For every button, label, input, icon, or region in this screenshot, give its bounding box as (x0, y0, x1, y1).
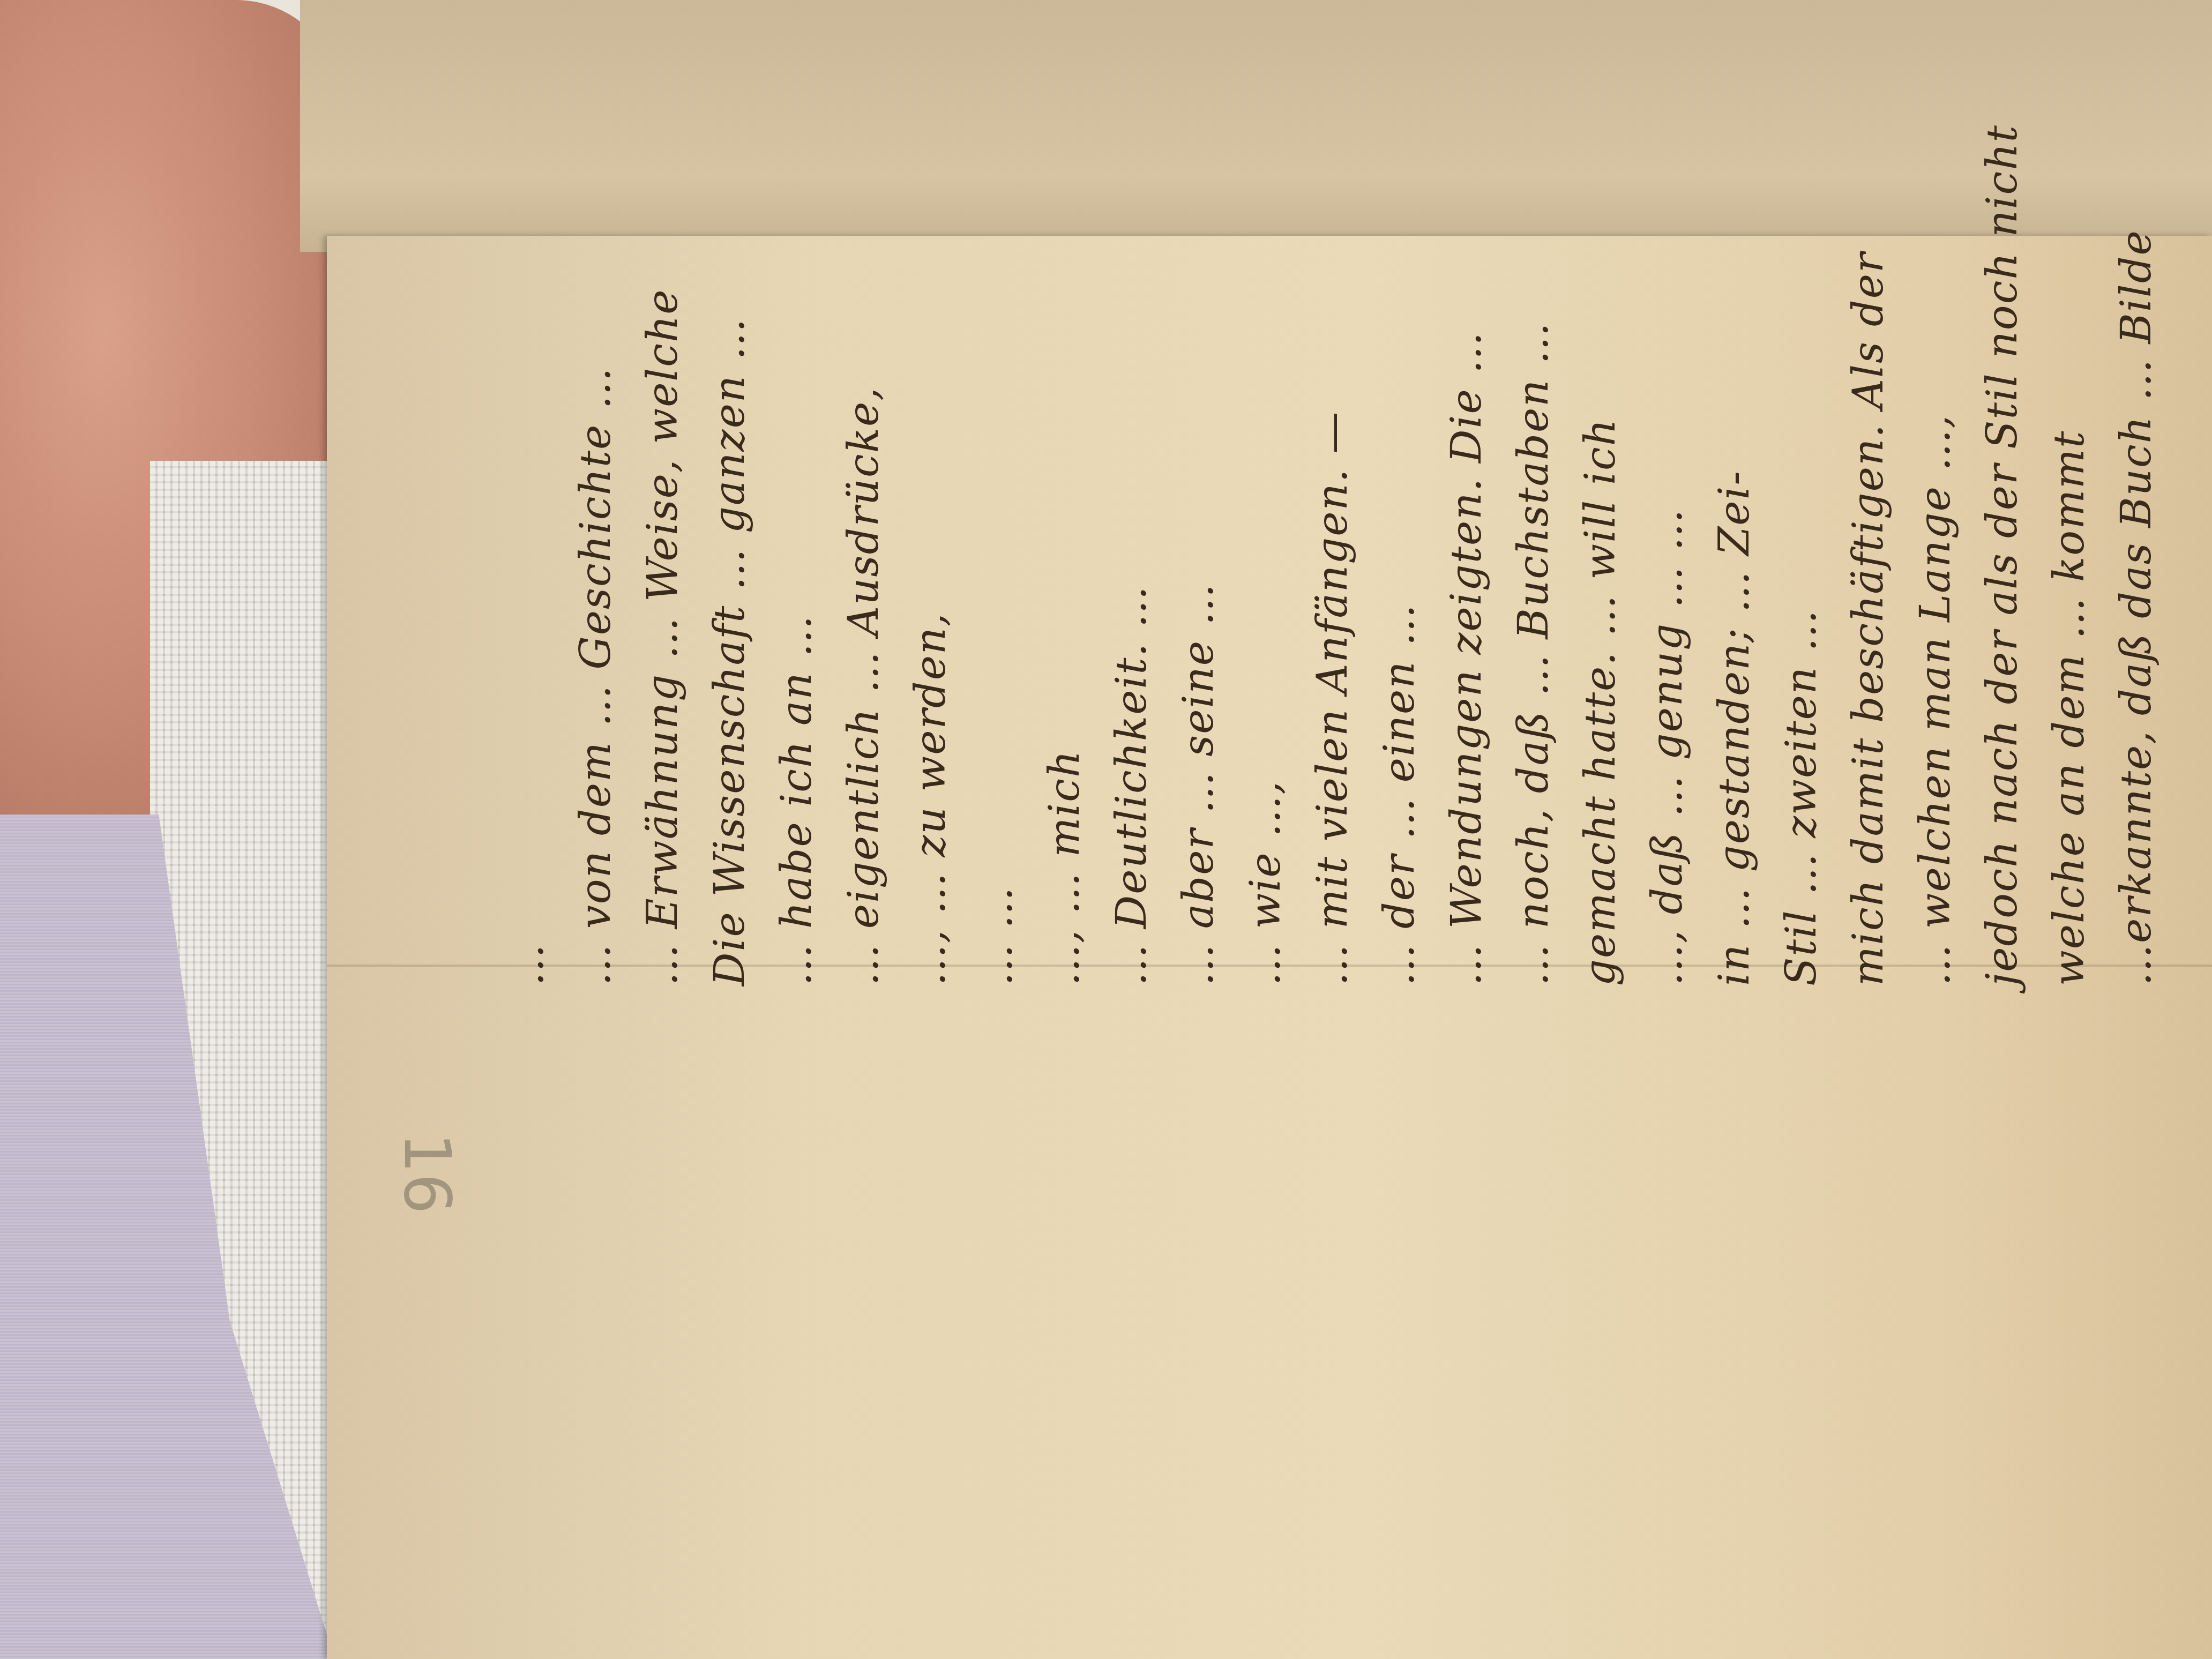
text-line: … mit vielen Anfängen. — (1299, 236, 1366, 986)
text-line: … (496, 236, 563, 986)
text-line: … Wendungen zeigten. Die … (1433, 236, 1500, 986)
text-line: gemacht hatte. … will ich (1567, 236, 1634, 986)
handwritten-text: …erkannte, daß das Buch … Bilde welche a… (348, 236, 2170, 986)
text-line: … habe ich an … (764, 236, 831, 986)
text-line: … aber … seine … (1165, 236, 1232, 986)
text-line: Die Wissenschaft … ganzen … (697, 236, 764, 986)
text-line: mich damit beschäftigen. Als der (1835, 236, 1902, 986)
text-line: … wie …, (1232, 236, 1299, 986)
text-line: …erkannte, daß das Buch … Bilde (2103, 236, 2170, 986)
facing-page (300, 0, 2212, 252)
text-line: … … (965, 236, 1032, 986)
text-line: welche an dem … kommt (2036, 236, 2103, 986)
text-line: … eigentlich … Ausdrücke, (831, 236, 898, 986)
text-line: … Deutlichkeit. … (1098, 236, 1165, 986)
page-number: 16 (390, 1132, 464, 1214)
text-line: … noch, daß … Buchstaben … (1500, 236, 1567, 986)
text-line: … der … einen … (1366, 236, 1433, 986)
text-line: in … gestanden; … Zei- (1701, 236, 1768, 986)
text-line: Stil … zweiten … (1768, 236, 1835, 986)
text-line: … von dem … Geschichte … (563, 236, 630, 986)
text-line: jedoch nach der als der Stil noch nicht (1969, 236, 2036, 986)
text-line: … Erwähnung … Weise, welche (630, 236, 697, 986)
text-line: …, … zu werden, (898, 236, 965, 986)
text-line: …, … mich (1032, 236, 1098, 986)
text-line: …, daß … genug … … (1634, 236, 1701, 986)
text-line: … welchen man Lange …, (1902, 236, 1969, 986)
